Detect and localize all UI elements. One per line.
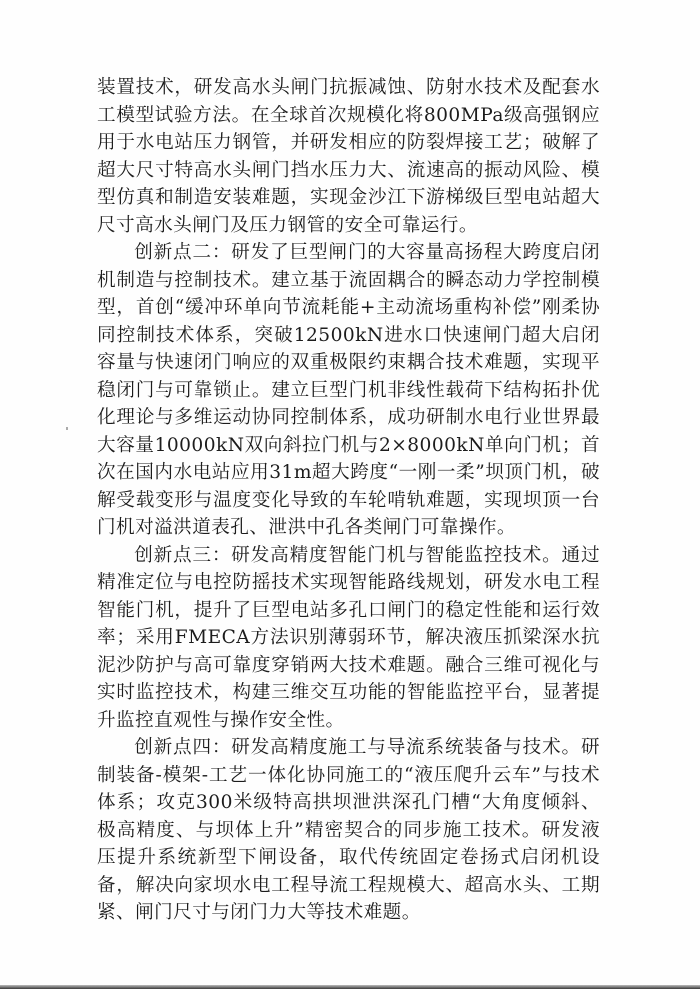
paragraph-innovation-two: 创新点二：研发了巨型闸门的大容量高扬程大跨度启闭机制造与控制技术。建立基于流固耦… (97, 239, 600, 542)
document-body: 装置技术，研发高水头闸门抗振减蚀、防射水技术及配套水工模型试验方法。在全球首次规… (97, 74, 600, 927)
paragraph-innovation-four: 创新点四：研发高精度施工与导流系统装备与技术。研制装备-模架-工艺一体化协同施工… (97, 734, 600, 927)
paragraph-continuation-innovation-one: 装置技术，研发高水头闸门抗振减蚀、防射水技术及配套水工模型试验方法。在全球首次规… (97, 74, 600, 239)
scan-speck-mark (66, 427, 68, 430)
paragraph-innovation-three: 创新点三：研发高精度智能门机与智能监控技术。通过精准定位与电控防摇技术实现智能路… (97, 542, 600, 735)
scanned-document-page: 装置技术，研发高水头闸门抗振减蚀、防射水技术及配套水工模型试验方法。在全球首次规… (0, 0, 700, 989)
scan-bottom-edge (0, 985, 700, 989)
